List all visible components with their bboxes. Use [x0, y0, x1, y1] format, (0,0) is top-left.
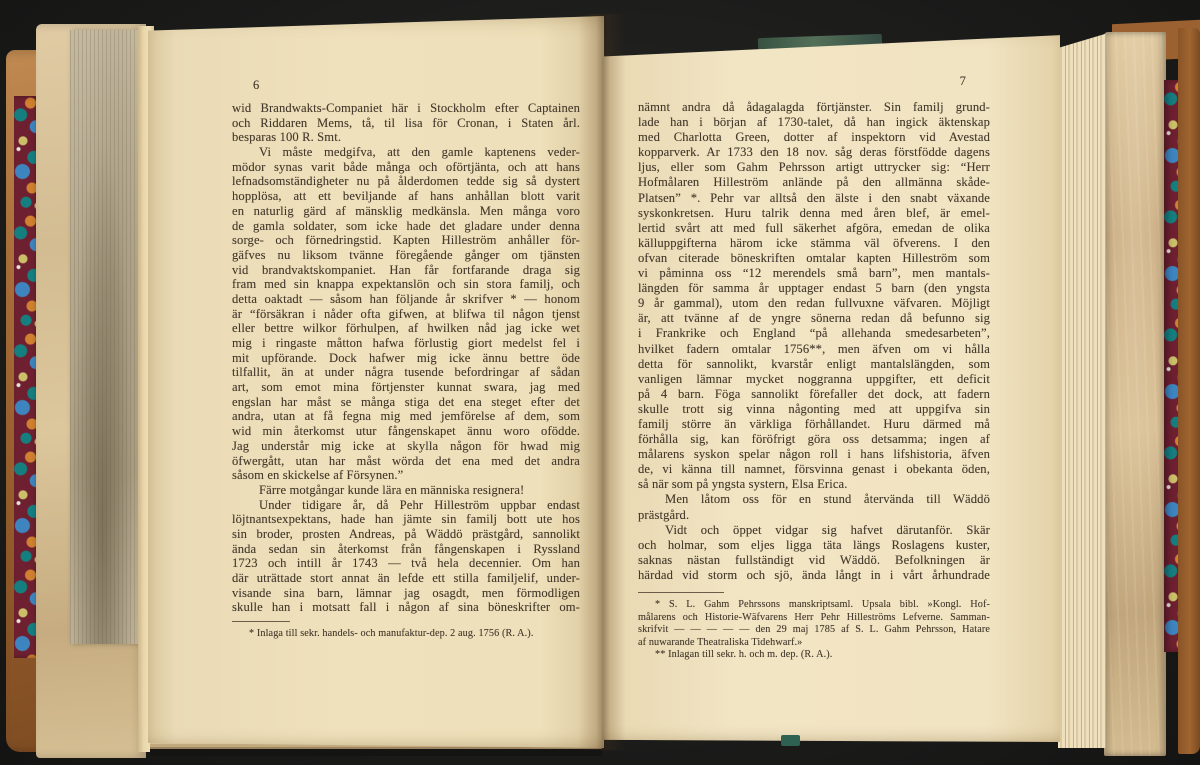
text-line: 1723 och intill år 1743 — två hela decen… [232, 556, 580, 571]
text-line: målarens och Historie-Wäfvarens Herr Peh… [638, 612, 990, 625]
text-line: är, att tvänne af de yngre sönerna redan… [638, 311, 990, 326]
page-number-right: 7 [638, 74, 990, 88]
text-line: detta för sannolikt, kvarstår enligt man… [638, 357, 990, 372]
right-page-text: nämnt andra då ådagalagda förtjänster. S… [638, 100, 990, 583]
text-line: sorge- och förnedringstid. Kapten Hilles… [232, 233, 580, 248]
text-line: ** Inlagan till sekr. h. och m. dep. (R.… [638, 649, 990, 662]
text-line: hopplösa, att ett beviljande af hans anh… [232, 189, 580, 204]
text-line: vanligen lämnar mycket noggranna uppgift… [638, 372, 990, 387]
text-line: längden för samma år upptager endast 5 b… [638, 281, 990, 296]
text-line: art, som emot mina förtjenster kunnat sw… [232, 380, 580, 395]
footnote-separator-left [232, 621, 290, 622]
right-page-content: 7 nämnt andra då ådagalagda förtjänster.… [638, 74, 990, 662]
text-line: mig i ringaste måtton hafwa förlustig gi… [232, 336, 580, 351]
right-page: 7 nämnt andra då ådagalagda förtjänster.… [602, 28, 1060, 742]
text-line: detta oaktadt — såsom han följande år sk… [232, 292, 580, 307]
text-line: 9 år gammal), utom den redan fullvuxne v… [638, 296, 990, 311]
text-line: syskonkretsen. Huru talrik denna med åre… [638, 206, 990, 221]
text-line: ljus, eller som Gahm Pehrsson artigt utt… [638, 160, 990, 175]
text-line: saknas nästan fullständigt vid Wäddö. Be… [638, 553, 990, 568]
text-line: skulle han i motsatt fall i någon af sin… [232, 600, 580, 615]
page-number-left: 6 [232, 78, 580, 92]
text-line: och Riddaren Mems, tå, til lisa för Cron… [232, 116, 580, 131]
text-line: lade han i början af 1730-talet, då han … [638, 115, 990, 130]
text-line: lefnadsomständigheter nu på ålderdomen t… [232, 174, 580, 189]
book-photo: 6 wid Brandwakts-Companiet här i Stockho… [0, 0, 1200, 765]
text-line: gäfves nu liksom tvänne föregående gånge… [232, 248, 580, 263]
text-line: tilfallit, än at under några tusende bef… [232, 365, 580, 380]
text-line: en naturlig gärd af mänsklig medkänsla. … [232, 204, 580, 219]
text-line: Vi måste medgifva, att den gamle kaptene… [232, 145, 580, 160]
right-cover-leather [1178, 28, 1200, 754]
text-line: skulle trott sig vinna någonting med att… [638, 402, 990, 417]
text-line: såsom en skickelse af Försynen.” [232, 468, 580, 483]
text-line: * Inlaga till sekr. handels- och manufak… [232, 628, 580, 641]
text-line: Men låtom oss för en stund återvända til… [638, 492, 990, 507]
text-line: Hofmålaren Hilleström anlände på den all… [638, 175, 990, 190]
headband-bottom [781, 735, 800, 746]
left-page-text: wid Brandwakts-Companiet här i Stockholm… [232, 101, 580, 615]
text-line: de gamla soldater, som icke hade det gla… [232, 219, 580, 234]
text-line: där uträttade stort annat än lefde ett s… [232, 571, 580, 586]
right-page-footnote: * S. L. Gahm Pehrssons manskriptsaml. Up… [638, 599, 990, 662]
text-line: på 4 barn. Föga sannolikt förefaller det… [638, 387, 990, 402]
text-line: * S. L. Gahm Pehrssons manskriptsaml. Up… [638, 599, 990, 612]
text-line: så när som på yngsta systern, Elsa Erica… [638, 477, 990, 492]
text-line: skrifvit — — — — — den 29 maj 1785 af S.… [638, 624, 990, 637]
text-line: förhålla sig, kan föröfrigt göra oss det… [638, 432, 990, 447]
text-line: mit upförande. Dock hafwer mig icke ännu… [232, 351, 580, 366]
text-line: visande sina barn, lämnar jag osagdt, me… [232, 586, 580, 601]
text-line: öfwergått, utan har måst wörda det ena m… [232, 454, 580, 469]
text-line: källuppgifterna härom icke stämma väl öf… [638, 236, 990, 251]
text-line: eller bettre wilkor förhulpen, af hwilke… [232, 321, 580, 336]
text-line: och holmar, som eljes ligga täta längs R… [638, 538, 990, 553]
footnote-separator-right [638, 592, 724, 593]
text-line: Vidt och öppet vidgar sig hafvet därutan… [638, 523, 990, 538]
text-line: ända sedan sin återkomst från fångenskap… [232, 542, 580, 557]
left-page: 6 wid Brandwakts-Companiet här i Stockho… [148, 16, 604, 748]
text-line: wid min återkomst utur fångenskapet ännu… [232, 424, 580, 439]
text-line: härdad vid storm och sjö, ända långt in … [638, 568, 990, 583]
text-line: af nuwarande Theatraliska Tidehwarf.» [638, 637, 990, 650]
text-line: besparas 100 R. Smt. [232, 130, 580, 145]
text-line: sin broder, prosten Andreas, på Wäddö pr… [232, 527, 580, 542]
text-line: vid brandvaktskompaniet. Han får fortfar… [232, 263, 580, 278]
text-line: i Frankrike och England “på allehanda sm… [638, 326, 990, 341]
text-line: prästgård. [638, 508, 990, 523]
text-line: fram med sin knappa expektanslön och sin… [232, 277, 580, 292]
text-line: nämnt andra då ådagalagda förtjänster. S… [638, 100, 990, 115]
text-line: kopparverk. Ar 1733 den 18 nov. såg dera… [638, 145, 990, 160]
right-tissue-paper [1104, 32, 1166, 756]
text-line: Platsen” *. Pehr var alltså den älste i … [638, 191, 990, 206]
text-line: hvilket fadern omtalar 1756**, men äfven… [638, 342, 990, 357]
text-line: Under tidigare år, då Pehr Hilleström up… [232, 498, 580, 513]
text-line: lertid svårt att med full säkerhet afgör… [638, 221, 990, 236]
text-line: de, vi känna till namnet, försvinna gena… [638, 462, 990, 477]
text-line: vi påminna oss “12 merendels små barn”, … [638, 266, 990, 281]
right-page-edge-stack [1058, 30, 1106, 748]
text-line: Färre motgångar kunde lära en människa r… [232, 483, 580, 498]
text-line: engslan har måst se många stiga det ena … [232, 395, 580, 410]
text-line: Jag understår mig icke at skylla någon f… [232, 439, 580, 454]
text-line: är “försäkran i nåder ofta gifwen, at bl… [232, 307, 580, 322]
left-page-content: 6 wid Brandwakts-Companiet här i Stockho… [232, 78, 580, 641]
text-line: wid Brandwakts-Companiet här i Stockholm… [232, 101, 580, 116]
text-line: ofvan citerade böneskriften omtalar kapt… [638, 251, 990, 266]
text-line: mödor synas varit både många och oförtjä… [232, 160, 580, 175]
text-line: löjtnantsexpektans, hade han jämte sin f… [232, 512, 580, 527]
text-line: familj större än värkliga förhållandet. … [638, 417, 990, 432]
text-line: målarens syskon spelar någon roll i hans… [638, 447, 990, 462]
text-line: med Charlotta Green, dotter af inspektor… [638, 130, 990, 145]
left-tissue-board [70, 30, 142, 644]
left-page-footnote: * Inlaga till sekr. handels- och manufak… [232, 628, 580, 641]
text-line: andra, utan at få fegna mig med jemförel… [232, 409, 580, 424]
